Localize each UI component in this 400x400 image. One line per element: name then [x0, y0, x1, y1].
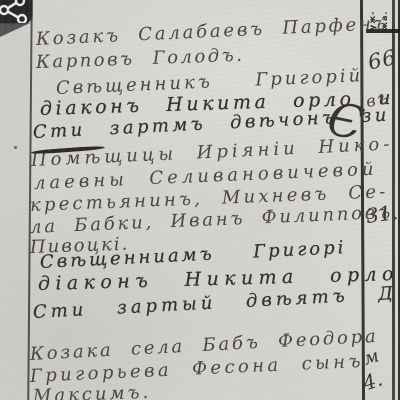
ink-dot — [14, 146, 17, 149]
page-left-margin — [0, 0, 29, 400]
manuscript-line: Карповъ Голодъ. — [36, 47, 245, 72]
scanned-register-page: уж- жа. Козакъ Салабаевъ Парфенъ Карповъ… — [0, 0, 400, 400]
margin-number: 66. — [366, 45, 400, 73]
manuscript-line: Максимъ. — [33, 384, 152, 400]
margin-number: 31. — [365, 202, 399, 226]
share-icon — [0, 0, 30, 23]
viewer-corner-badge[interactable] — [0, 0, 32, 24]
manuscript-line: Козакъ Салабаевъ Парфенъ — [36, 15, 389, 49]
